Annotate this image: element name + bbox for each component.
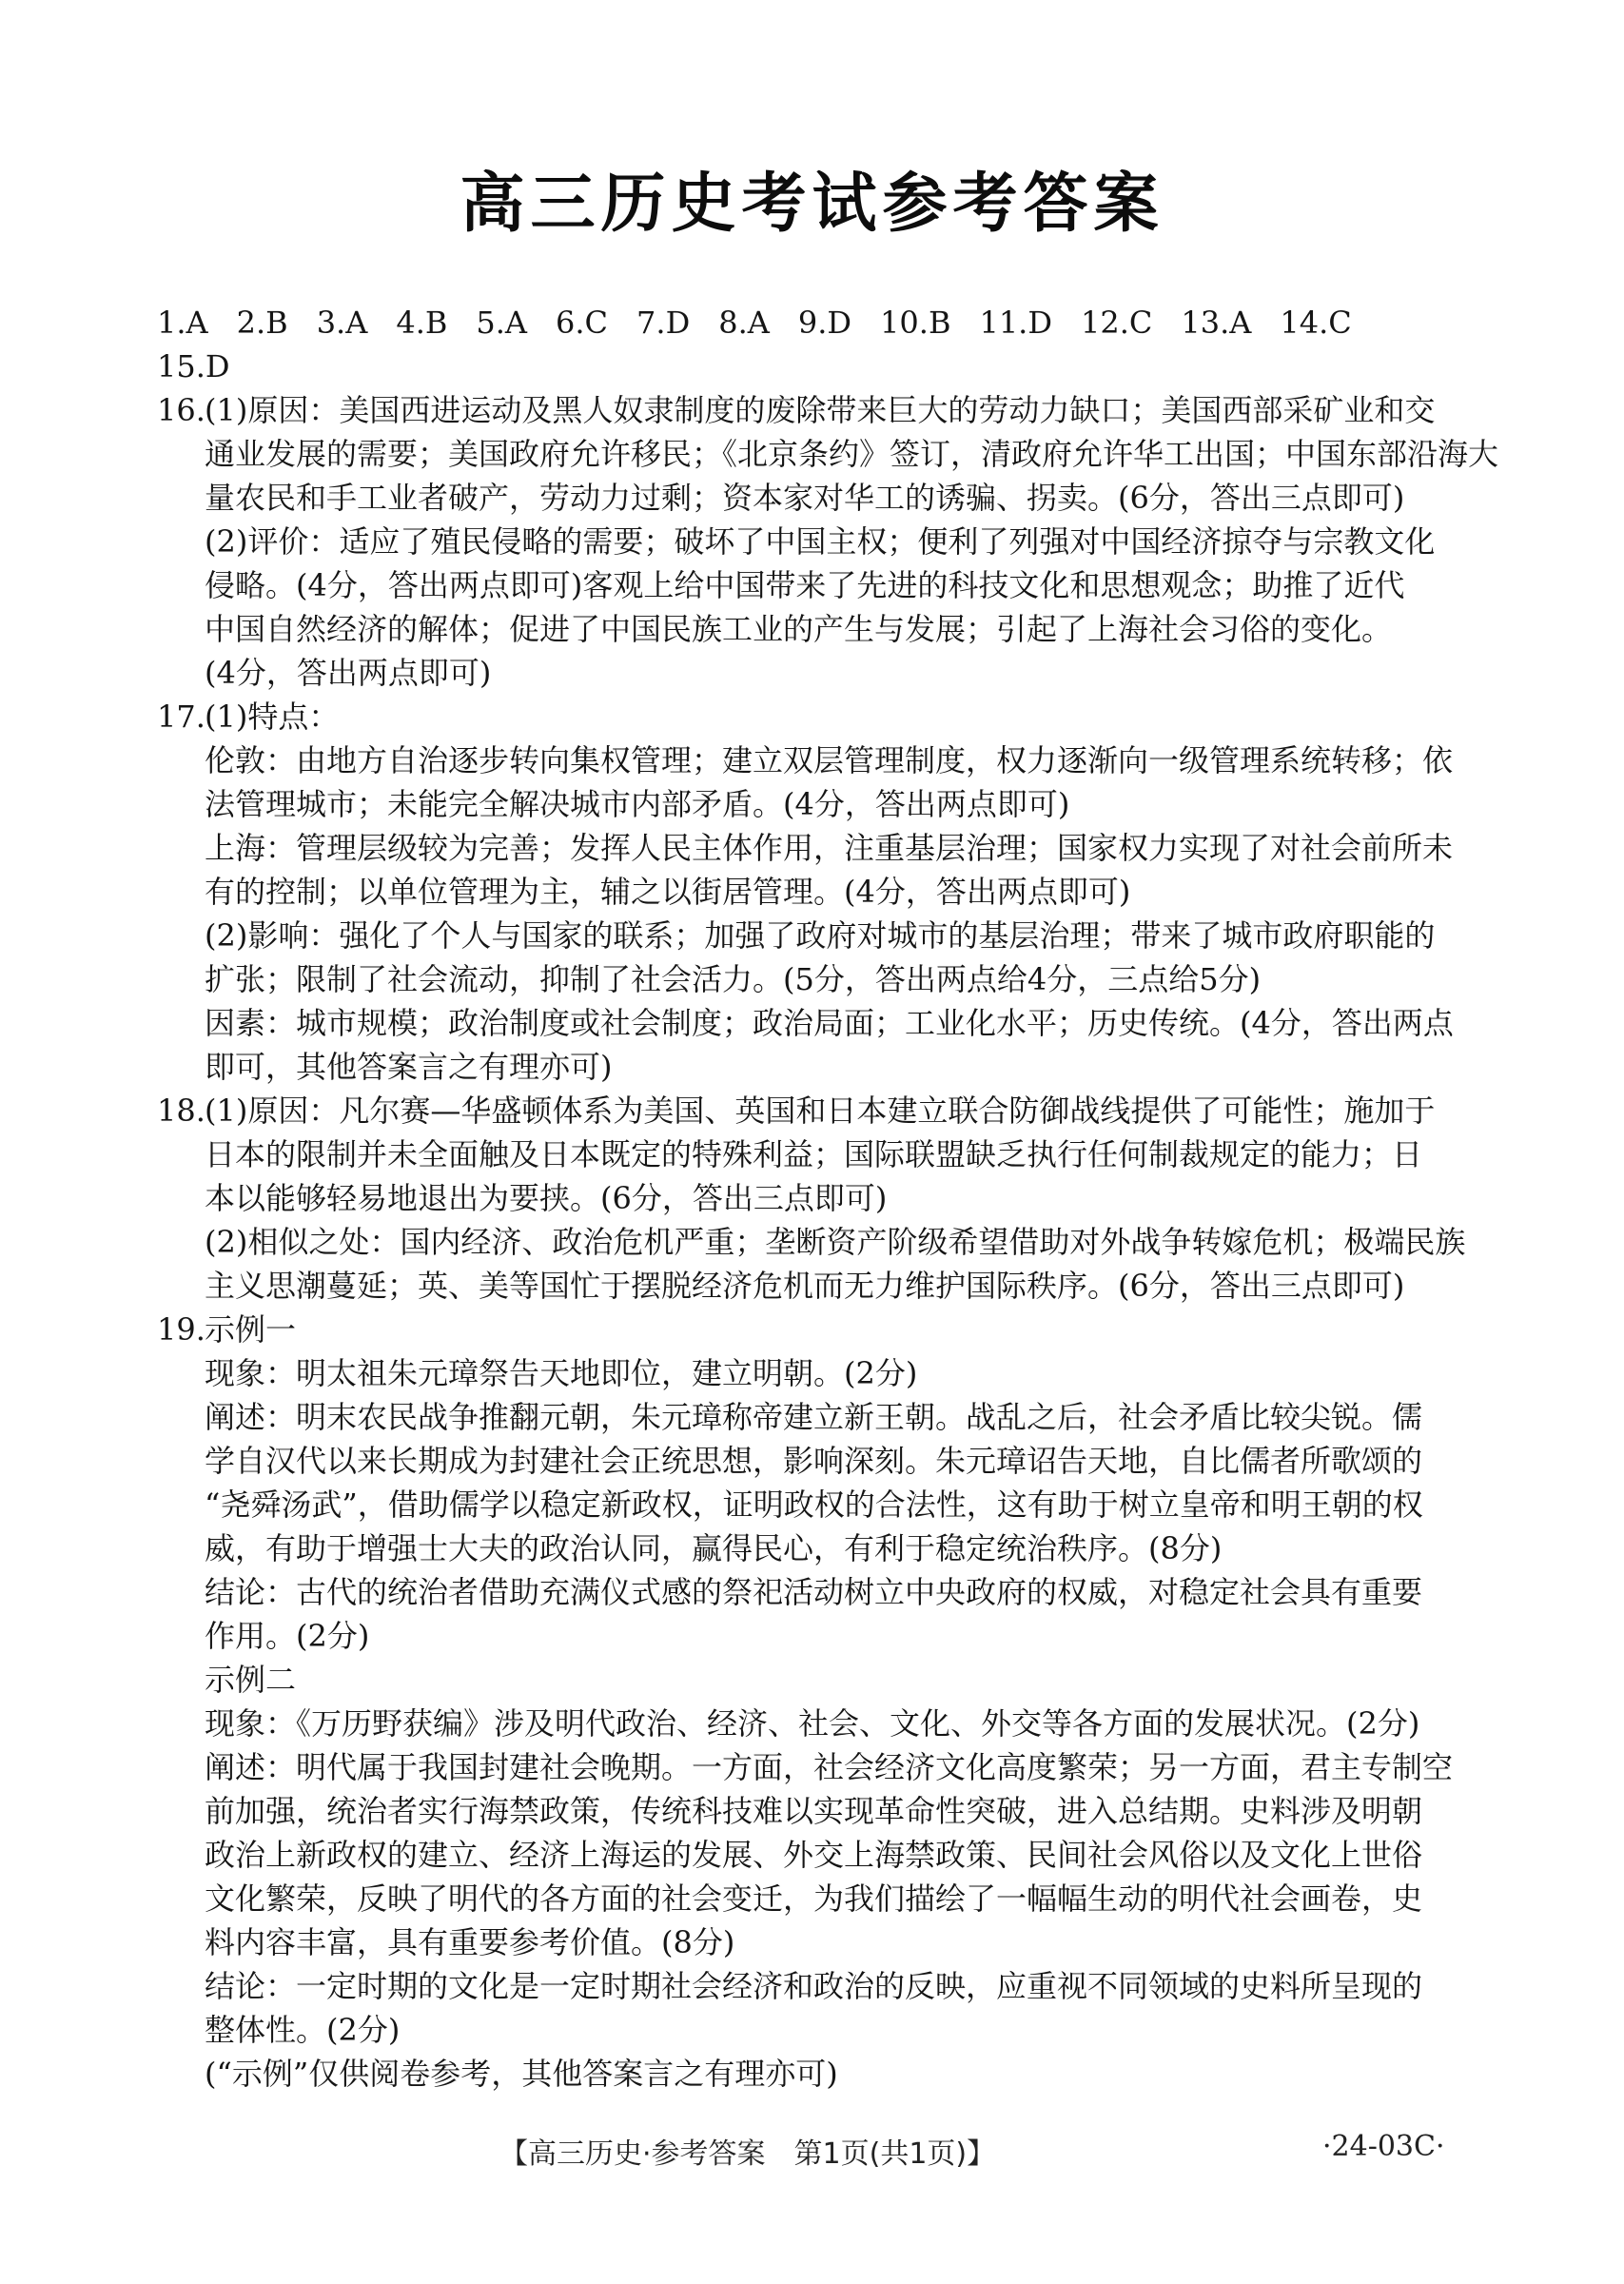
q19-line: 前加强，统治者实行海禁政策，传统科技难以实现革命性突破，进入总结期。史料涉及明朝 [157, 1789, 1479, 1833]
q19-line: 现象：《万历野获编》涉及明代政治、经济、社会、文化、外交等各方面的发展状况。(2… [157, 1702, 1479, 1745]
q19-line: 阐述：明代属于我国封建社会晚期。一方面，社会经济文化高度繁荣；另一方面，君主专制… [157, 1745, 1479, 1789]
mc-answer: 6.C [556, 301, 608, 345]
q16-line: (4分，答出两点即可) [157, 651, 1479, 695]
mc-answer: 14.C [1280, 301, 1351, 345]
q18-line: 日本的限制并未全面触及日本既定的特殊利益；国际联盟缺乏执行任何制裁规定的能力；日 [157, 1132, 1479, 1176]
answer-text: (1)特点： [205, 699, 339, 735]
mc-answer: 7.D [636, 301, 690, 345]
question-number: 19. [157, 1308, 205, 1351]
page-title: 高三历史考试参考答案 [0, 162, 1624, 247]
mc-answer: 15.D [157, 345, 230, 388]
mc-answers-row-1: 1.A2.B3.A4.B5.A6.C7.D8.A9.D10.B11.D12.C1… [157, 301, 1479, 345]
mc-answer: 2.B [237, 301, 288, 345]
answer-text: 示例一 [205, 1311, 296, 1348]
q19-line: 作用。(2分) [157, 1614, 1479, 1658]
answer-text: (1)原因：凡尔赛—华盛顿体系为美国、英国和日本建立联合防御战线提供了可能性；施… [205, 1093, 1435, 1129]
q19-line: 阐述：明末农民战争推翻元朝，朱元璋称帝建立新王朝。战乱之后，社会矛盾比较尖锐。儒 [157, 1395, 1479, 1439]
q16-line: 16.(1)原因：美国西进运动及黑人奴隶制度的废除带来巨大的劳动力缺口；美国西部… [157, 388, 1479, 432]
q19-line: 威，有助于增强士大夫的政治认同，赢得民心，有利于稳定统治秩序。(8分) [157, 1526, 1479, 1570]
mc-answer: 3.A [317, 301, 368, 345]
q16-line: 量农民和手工业者破产，劳动力过剩；资本家对华工的诱骗、拐卖。(6分，答出三点即可… [157, 476, 1479, 520]
question-number: 17. [157, 695, 205, 738]
q19-line: 结论：古代的统治者借助充满仪式感的祭祀活动树立中央政府的权威，对稳定社会具有重要 [157, 1570, 1479, 1614]
question-number: 16. [157, 388, 205, 432]
q18-line: 18.(1)原因：凡尔赛—华盛顿体系为美国、英国和日本建立联合防御战线提供了可能… [157, 1089, 1479, 1132]
q19-line: 现象：明太祖朱元璋祭告天地即位，建立明朝。(2分) [157, 1351, 1479, 1395]
q17-line: 因素：城市规模；政治制度或社会制度；政治局面；工业化水平；历史传统。(4分，答出… [157, 1001, 1479, 1045]
q19-line: 政治上新政权的建立、经济上海运的发展、外交上海禁政策、民间社会风俗以及文化上世俗 [157, 1833, 1479, 1877]
q17-line: 有的控制；以单位管理为主，辅之以街居管理。(4分，答出两点即可) [157, 870, 1479, 914]
mc-answers-row-2: 15.D [157, 345, 1479, 388]
answer-body: 1.A2.B3.A4.B5.A6.C7.D8.A9.D10.B11.D12.C1… [157, 301, 1479, 2096]
q17-line: 法管理城市；未能完全解决城市内部矛盾。(4分，答出两点即可) [157, 782, 1479, 826]
mc-answer: 11.D [979, 301, 1052, 345]
q19-line: 文化繁荣，反映了明代的各方面的社会变迁，为我们描绘了一幅幅生动的明代社会画卷，史 [157, 1877, 1479, 1920]
q19-line: 料内容丰富，具有重要参考价值。(8分) [157, 1920, 1479, 1964]
mc-answer: 1.A [157, 301, 208, 345]
question-number: 18. [157, 1089, 205, 1132]
q16-line: 通业发展的需要；美国政府允许移民；《北京条约》签订，清政府允许华工出国；中国东部… [157, 432, 1479, 476]
footer-exam-code: ·24-03C· [1322, 2130, 1445, 2163]
q18-line: 本以能够轻易地退出为要挟。(6分，答出三点即可) [157, 1176, 1479, 1220]
q19-line: (“示例”仅供阅卷参考，其他答案言之有理亦可) [157, 2052, 1479, 2096]
mc-answer: 10.B [880, 301, 950, 345]
q19-line: 19.示例一 [157, 1308, 1479, 1351]
q17-line: 17.(1)特点： [157, 695, 1479, 738]
mc-answer: 5.A [476, 301, 527, 345]
q16-line: (2)评价：适应了殖民侵略的需要；破坏了中国主权；便利了列强对中国经济掠夺与宗教… [157, 520, 1479, 563]
q19-line: “尧舜汤武”，借助儒学以稳定新政权，证明政权的合法性，这有助于树立皇帝和明王朝的… [157, 1483, 1479, 1526]
mc-answer: 4.B [396, 301, 447, 345]
q17-line: 伦敦：由地方自治逐步转向集权管理；建立双层管理制度，权力逐渐向一级管理系统转移；… [157, 738, 1479, 782]
mc-answer: 9.D [798, 301, 851, 345]
q16-line: 侵略。(4分，答出两点即可)客观上给中国带来了先进的科技文化和思想观念；助推了近… [157, 563, 1479, 607]
answer-text: (1)原因：美国西进运动及黑人奴隶制度的废除带来巨大的劳动力缺口；美国西部采矿业… [205, 392, 1435, 428]
q19-line: 结论：一定时期的文化是一定时期社会经济和政治的反映，应重视不同领域的史料所呈现的 [157, 1964, 1479, 2008]
mc-answer: 13.A [1181, 301, 1251, 345]
q17-line: 即可，其他答案言之有理亦可) [157, 1045, 1479, 1089]
q19-line: 示例二 [157, 1658, 1479, 1702]
q18-line: (2)相似之处：国内经济、政治危机严重；垄断资产阶级希望借助对外战争转嫁危机；极… [157, 1220, 1479, 1264]
q16-line: 中国自然经济的解体；促进了中国民族工业的产生与发展；引起了上海社会习俗的变化。 [157, 607, 1479, 651]
footer-page-info: 【高三历史·参考答案 第1页(共1页)】 [499, 2130, 995, 2172]
q17-line: 扩张；限制了社会流动，抑制了社会活力。(5分，答出两点给4分，三点给5分) [157, 957, 1479, 1001]
q17-line: (2)影响：强化了个人与国家的联系；加强了政府对城市的基层治理；带来了城市政府职… [157, 914, 1479, 957]
mc-answer: 8.A [718, 301, 770, 345]
q19-line: 整体性。(2分) [157, 2008, 1479, 2052]
q18-line: 主义思潮蔓延；英、美等国忙于摆脱经济危机而无力维护国际秩序。(6分，答出三点即可… [157, 1264, 1479, 1308]
q17-line: 上海：管理层级较为完善；发挥人民主体作用，注重基层治理；国家权力实现了对社会前所… [157, 826, 1479, 870]
mc-answer: 12.C [1081, 301, 1152, 345]
q19-line: 学自汉代以来长期成为封建社会正统思想，影响深刻。朱元璋诏告天地，自比儒者所歌颂的 [157, 1439, 1479, 1483]
